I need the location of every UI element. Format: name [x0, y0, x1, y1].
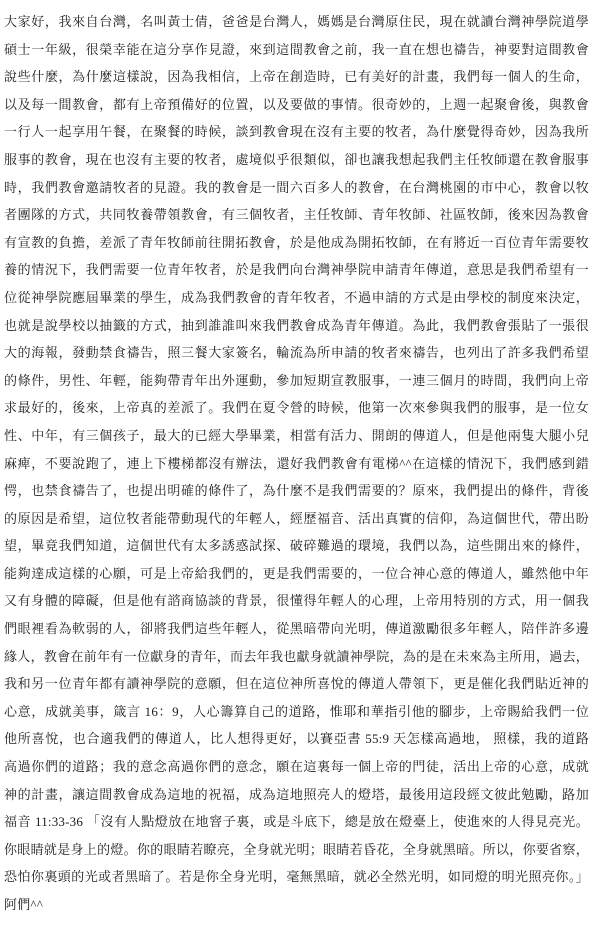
text-line: 服事的教會，現在也沒有主要的牧者，處境似乎很類似，卻也讓我想起我們主任牧師還在教… [4, 146, 589, 174]
text-line: 他所喜悅，也合適我們的傳道人，比人想得更好，以賽亞書 55:9 天怎樣高過地， … [4, 725, 589, 753]
text-line: 福音 11:33-36 「沒有人點燈放在地窨子裏，或是斗底下，總是放在燈臺上，使… [4, 808, 589, 836]
text-line: 大的海報，發動禁食禱告，照三餐大家簽名，輪流為所申請的牧者來禱告，也列出了許多我… [4, 339, 589, 367]
text-line: 位從神學院應屆畢業的學生，成為我們教會的青年牧者，不過申請的方式是由學校的制度來… [4, 284, 589, 312]
text-line: 的原因是希望，這位牧者能帶動現代的年輕人，經歷福音、活出真實的信仰，為這個世代，… [4, 505, 589, 533]
text-line: 阿們^^ [4, 891, 589, 919]
text-line: 一行人一起享用午餐，在聚餐的時候，談到教會現在沒有主要的牧者，為什麼覺得奇妙，因… [4, 118, 589, 146]
document-page: 大家好，我來自台灣，名叫黃士倩，爸爸是台灣人，媽媽是台灣原住民，現在就讀台灣神學… [0, 0, 594, 935]
text-line: 你眼睛就是身上的燈。你的眼睛若瞭亮，全身就光明；眼睛若昏花，全身就黑暗。所以，你… [4, 836, 589, 864]
text-line: 的條件，男性、年輕，能夠帶青年出外運動，參加短期宣教服事，一連三個月的時間，我們… [4, 367, 589, 395]
text-line: 恐怕你裏頭的光或者黑暗了。若是你全身光明，毫無黑暗，就必全然光明，如同燈的明光照… [4, 863, 589, 891]
text-line: 時，我們教會邀請牧者的見證。我的教會是一間六百多人的教會，在台灣桃園的市中心，教… [4, 174, 589, 202]
text-line: 求最好的，後來，上帝真的差派了。我們在夏令營的時候，他第一次來參與我們的服事，是… [4, 394, 589, 422]
text-line: 能夠達成這樣的心願，可是上帝給我們的，更是我們需要的，一位合神心意的傳道人，雖然… [4, 560, 589, 588]
testimony-text: 大家好，我來自台灣，名叫黃士倩，爸爸是台灣人，媽媽是台灣原住民，現在就讀台灣神學… [4, 8, 589, 919]
text-line: 我和另一位青年都有讀神學院的意願，但在這位神所喜悅的傳道人帶領下，更是催化我們貼… [4, 670, 589, 698]
text-line: 說些什麼，為什麼這樣說，因為我相信，上帝在創造時，已有美好的計畫，我們每一個人的… [4, 63, 589, 91]
text-line: 心意，成就美事，箴言 16：9，人心籌算自己的道路，惟耶和華指引他的腳步，上帝賜… [4, 698, 589, 726]
text-line: 高過你們的道路；我的意念高過你們的意念，願在這裏每一個上帝的門徒，活出上帝的心意… [4, 753, 589, 781]
text-line: 又有身體的障礙，但是他有諮商協談的背景，很懂得年輕人的心理，上帝用特別的方式，用… [4, 587, 589, 615]
text-line: 者團隊的方式，共同牧養帶領教會，有三個牧者，主任牧師、青年牧師、社區牧師，後來因… [4, 201, 589, 229]
text-line: 有宣教的負擔，差派了青年牧師前往開拓教會，於是他成為開拓牧師，在有將近一百位青年… [4, 229, 589, 257]
text-line: 們眼裡看為軟弱的人，卻將我們這些年輕人，從黑暗帶向光明，傳道激勵很多年輕人，陪伴… [4, 615, 589, 643]
text-line: 愕，也禁食禱告了，也提出明確的條件了，為什麼不是我們需要的？原來，我們提出的條件… [4, 477, 589, 505]
text-line: 大家好，我來自台灣，名叫黃士倩，爸爸是台灣人，媽媽是台灣原住民，現在就讀台灣神學… [4, 8, 589, 36]
text-line: 神的計畫，讓這間教會成為這地的祝福，成為這地照亮人的燈塔，最後用這段經文彼此勉勵… [4, 781, 589, 809]
text-line: 以及每一間教會，都有上帝預備好的位置，以及要做的事情。很奇妙的，上週一起聚會後，… [4, 91, 589, 119]
text-line: 養的情況下，我們需要一位青年牧者，於是我們向台灣神學院申請青年傳道，意思是我們希… [4, 256, 589, 284]
text-line: 碩士一年級，很榮幸能在這分享作見證，來到這間教會之前，我一直在想也禱告，神要對這… [4, 36, 589, 64]
text-line: 性、中年，有三個孩子，最大的已經大學畢業，相當有活力、開朗的傳道人，但是他兩隻大… [4, 422, 589, 450]
text-line: 也就是說學校以抽籤的方式，抽到誰誰叫來我們教會成為青年傳道。為此，我們教會張貼了… [4, 312, 589, 340]
text-line: 麻痺，不要說跑了，連上下樓梯都沒有辦法，還好我們教會有電梯^^在這樣的情況下，我… [4, 450, 589, 478]
text-line: 緣人，教會在前年有一位獻身的青年，而去年我也獻身就讀神學院，為的是在未來為主所用… [4, 643, 589, 671]
text-line: 望，畢竟我們知道，這個世代有太多誘惑試探、破碎難過的環境，我們以為，這些開出來的… [4, 532, 589, 560]
